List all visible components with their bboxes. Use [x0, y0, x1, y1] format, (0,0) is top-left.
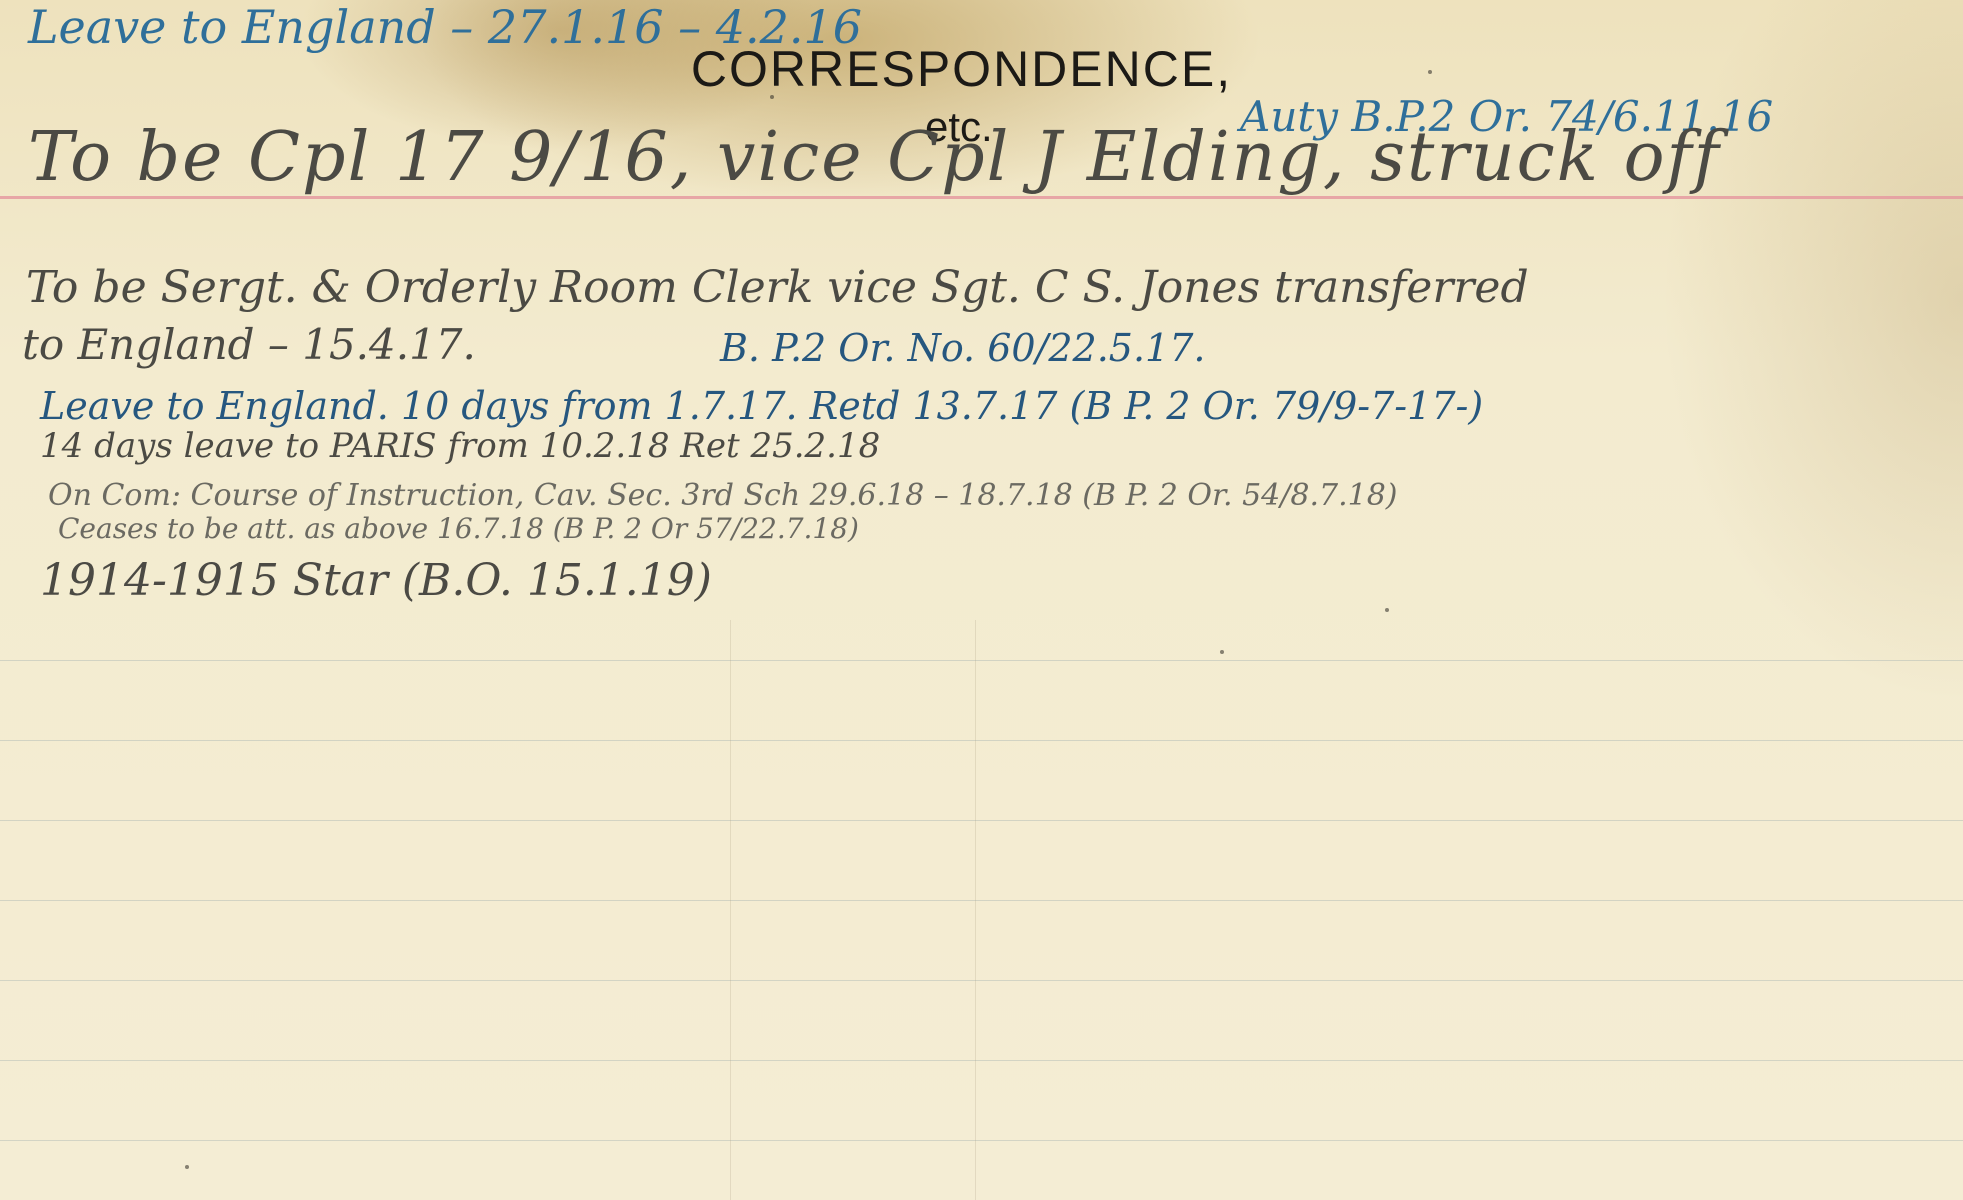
entry-paris-leave: 14 days leave to PARIS from 10.2.18 Ret …: [40, 426, 880, 466]
entry-leave-1916: Leave to England – 27.1.16 – 4.2.16: [28, 0, 862, 54]
ruled-line: [0, 980, 1963, 981]
entry-leave-1917: Leave to England. 10 days from 1.7.17. R…: [40, 384, 1483, 428]
ruled-line: [0, 1060, 1963, 1061]
ink-speck: [1220, 650, 1224, 654]
ink-speck: [1428, 70, 1432, 74]
entry-ceases-att: Ceases to be att. as above 16.7.18 (B P.…: [58, 512, 859, 545]
ruled-line: [0, 900, 1963, 901]
vertical-rule: [975, 620, 976, 1200]
entry-promotion-sergt-cont: to England – 15.4.17.: [22, 320, 476, 369]
vertical-rule: [730, 620, 731, 1200]
entry-course: On Com: Course of Instruction, Cav. Sec.…: [48, 478, 1398, 513]
ruled-line: [0, 660, 1963, 661]
ink-speck: [1385, 608, 1389, 612]
ink-speck: [185, 1165, 189, 1169]
entry-star-medal: 1914-1915 Star (B.O. 15.1.19): [40, 555, 712, 606]
ruled-line: [0, 740, 1963, 741]
entry-promotion-cpl: To be Cpl 17 9/16, vice Cpl J Elding, st…: [28, 118, 1721, 197]
ruled-line: [0, 820, 1963, 821]
ink-speck: [770, 95, 774, 99]
entry-promotion-sergt: To be Sergt. & Orderly Room Clerk vice S…: [26, 262, 1529, 313]
entry-promotion-sergt-ref: B. P.2 Or. No. 60/22.5.17.: [720, 326, 1205, 370]
record-card: CORRESPONDENCE, etc. Leave to England – …: [0, 0, 1963, 1200]
ruled-line: [0, 1140, 1963, 1141]
